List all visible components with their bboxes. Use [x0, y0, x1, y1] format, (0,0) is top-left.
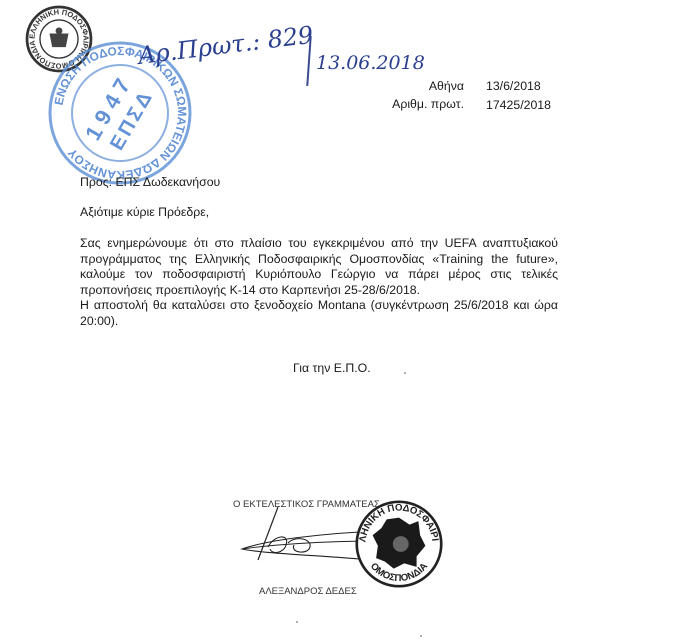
salutation: Αξιότιμε κύριε Πρόεδρε,	[80, 205, 209, 220]
body-line: προπονήσεις προεπιλογής Κ-14 στο Καρπενή…	[80, 283, 558, 299]
recipient: Προς: ΕΠΣ Δωδεκανήσου	[80, 175, 220, 190]
body-line: 20:00).	[80, 314, 558, 330]
body-line: προγράμματος της Ελληνικής Ποδοσφαιρικής…	[80, 252, 558, 268]
protocol-number: 17425/2018	[486, 98, 551, 113]
place-label: Αθήνα	[344, 79, 464, 94]
scan-speck	[420, 635, 422, 637]
federation-stamp-bottom: ΕΛΛΗΝΙΚΗ ΠΟΔΟΣΦΑΙΡΙΚΗ ΟΜΟΣΠΟΝΔΙΑ	[355, 500, 443, 588]
body-line: Σας ενημερώνουμε ότι στο πλαίσιο του εγκ…	[80, 236, 558, 252]
body-line: καλούμε τον ποδοσφαιριστή Κυριόπουλο Γεώ…	[80, 267, 558, 283]
closing: Για την Ε.Π.Ο.	[293, 361, 371, 376]
body-line: Η αποστολή θα καταλύσει στο ξενοδοχείο M…	[80, 298, 558, 314]
handwritten-date: 13.06.2018	[316, 52, 425, 74]
letter-body: Σας ενημερώνουμε ότι στο πλαίσιο του εγκ…	[80, 236, 558, 330]
protocol-label: Αριθμ. πρωτ.	[344, 97, 464, 112]
handwritten-protocol-note: Αρ.Πρωτ.: 829	[137, 21, 315, 70]
signatory-name: ΑΛΕΞΑΝΔΡΟΣ ΔΕΔΕΣ	[259, 586, 357, 597]
scan-speck	[296, 621, 298, 623]
letter-date: 13/6/2018	[486, 79, 541, 94]
scan-speck	[404, 372, 406, 374]
